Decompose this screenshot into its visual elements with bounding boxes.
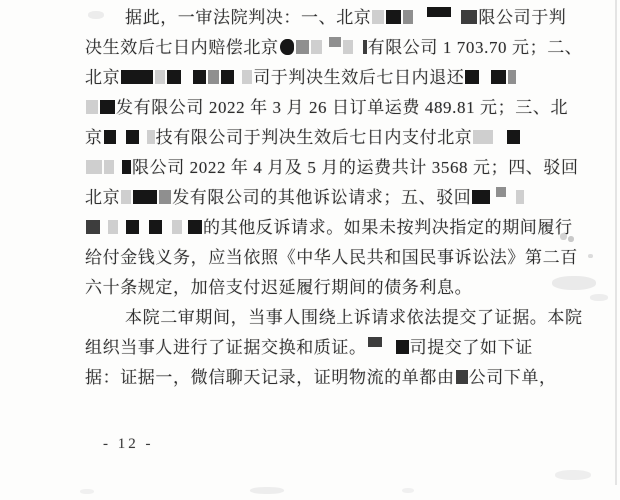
redaction-block bbox=[159, 190, 171, 204]
redaction bbox=[464, 63, 517, 93]
text-segment: 技有限公司于判决生效后七日内支付北京 bbox=[156, 128, 473, 147]
redaction-block bbox=[126, 220, 139, 234]
document-line: 限公司 2022 年 4 月及 5 月的运费共计 3568 元；四、驳回 bbox=[85, 153, 610, 183]
text-segment: 限公司 2022 年 4 月及 5 月的运费共计 3568 元；四、驳回 bbox=[132, 158, 579, 177]
document-line: 六十条规定，加倍支付迟延履行期间的债务利息。 bbox=[85, 273, 610, 303]
redaction-gap bbox=[495, 140, 505, 144]
scan-artifact bbox=[590, 294, 608, 301]
redaction-block bbox=[396, 340, 409, 354]
redaction-block bbox=[496, 187, 506, 197]
redaction bbox=[120, 63, 253, 93]
redaction bbox=[455, 363, 469, 393]
redaction-block bbox=[193, 70, 206, 84]
text-segment: 司提交了如下证 bbox=[410, 338, 533, 357]
text-segment: 据：证据一，微信聊天记录，证明物流的单都由 bbox=[85, 368, 455, 387]
document-line: 北京发有限公司的其他诉讼请求；五、驳回 bbox=[85, 183, 610, 213]
redaction-gap bbox=[183, 80, 191, 84]
redaction-block bbox=[86, 220, 100, 234]
text-segment: 限公司于判 bbox=[478, 8, 566, 27]
redaction bbox=[471, 183, 525, 213]
text-segment: 的其他反诉请求。如果未按判决指定的期间履行 bbox=[203, 218, 573, 237]
redaction-block bbox=[121, 190, 131, 204]
redaction bbox=[371, 3, 478, 33]
redaction-gap bbox=[415, 20, 425, 24]
redaction-block bbox=[155, 70, 165, 84]
redaction-gap bbox=[141, 230, 147, 234]
redaction-gap bbox=[120, 230, 124, 234]
redaction-block bbox=[147, 130, 155, 144]
redaction-block bbox=[329, 37, 341, 47]
redaction-gap bbox=[508, 200, 514, 204]
redaction-gap bbox=[453, 20, 459, 24]
redaction-block bbox=[472, 190, 490, 204]
redaction-block bbox=[280, 39, 294, 55]
text-segment: 组织当事人进行了证据交换和质证。 bbox=[85, 338, 367, 357]
redaction-block bbox=[121, 70, 153, 84]
scan-artifact bbox=[402, 488, 414, 493]
document-line: 据此，一审法院判决：一、北京限公司于判 bbox=[85, 3, 610, 33]
scan-artifact bbox=[568, 236, 574, 242]
document-line: 据：证据一，微信聊天记录，证明物流的单都由公司下单， bbox=[85, 363, 610, 393]
redaction-gap bbox=[384, 350, 394, 354]
redaction-block bbox=[368, 337, 382, 347]
redaction bbox=[472, 123, 521, 153]
redaction-block bbox=[403, 10, 413, 24]
text-segment: 北京 bbox=[85, 188, 120, 207]
redaction-block bbox=[461, 10, 477, 24]
redaction-block bbox=[473, 130, 493, 144]
redaction-block bbox=[126, 130, 139, 144]
redaction-block bbox=[343, 40, 353, 54]
redaction bbox=[120, 183, 172, 213]
redaction-block bbox=[208, 70, 219, 84]
redaction bbox=[279, 33, 368, 63]
redaction-gap bbox=[102, 230, 106, 234]
redaction-block bbox=[363, 40, 367, 54]
document-line: 发有限公司 2022 年 3 月 26 日订单运费 489.81 元；三、北 bbox=[85, 93, 610, 123]
scan-artifact bbox=[552, 276, 596, 290]
text-segment: 据此，一审法院判决：一、北京 bbox=[125, 8, 371, 27]
text-segment: 北京 bbox=[85, 68, 120, 87]
text-segment: 本院二审期间，当事人围绕上诉请求依法提交了证据。本院 bbox=[125, 308, 583, 327]
redaction-gap bbox=[481, 80, 489, 84]
redaction-block bbox=[104, 130, 116, 144]
redaction-block bbox=[508, 70, 516, 84]
redaction-block bbox=[133, 190, 157, 204]
redaction-block bbox=[86, 100, 98, 114]
redaction-gap bbox=[118, 140, 124, 144]
scan-artifact bbox=[80, 489, 94, 494]
redaction-block bbox=[372, 10, 384, 24]
redaction-gap bbox=[184, 230, 186, 234]
text-segment: 发有限公司的其他诉讼请求；五、驳回 bbox=[172, 188, 471, 207]
redaction-block bbox=[221, 70, 234, 84]
document-line: 京技有限公司于判决生效后七日内支付北京 bbox=[85, 123, 610, 153]
document-line: 本院二审期间，当事人围绕上诉请求依法提交了证据。本院 bbox=[85, 303, 610, 333]
redaction-block bbox=[122, 160, 131, 174]
redaction-block bbox=[386, 10, 401, 24]
document-lines: 据此，一审法院判决：一、北京限公司于判决生效后七日内赔偿北京有限公司 1 703… bbox=[85, 3, 610, 393]
text-segment: 给付金钱义务，应当依照《中华人民共和国民事诉讼法》第二百 bbox=[85, 248, 578, 267]
scan-edge-line bbox=[615, 0, 617, 485]
redaction bbox=[103, 123, 156, 153]
redaction-gap bbox=[492, 200, 494, 204]
redaction-gap bbox=[355, 50, 361, 54]
redaction-gap bbox=[324, 50, 327, 54]
document-line: 北京司于判决生效后七日内退还 bbox=[85, 63, 610, 93]
scan-artifact bbox=[555, 470, 591, 480]
redaction-block bbox=[188, 220, 202, 234]
scanned-document-page: 据此，一审法院判决：一、北京限公司于判决生效后七日内赔偿北京有限公司 1 703… bbox=[0, 0, 620, 500]
redaction-gap bbox=[164, 230, 170, 234]
redaction-block bbox=[296, 40, 309, 54]
redaction-block bbox=[311, 40, 322, 54]
document-line: 给付金钱义务，应当依照《中华人民共和国民事诉讼法》第二百 bbox=[85, 243, 610, 273]
redaction-gap bbox=[116, 170, 120, 174]
text-segment: 决生效后七日内赔偿北京 bbox=[85, 38, 279, 57]
redaction bbox=[85, 213, 203, 243]
redaction-block bbox=[491, 70, 506, 84]
page-number: - 12 - bbox=[103, 436, 154, 453]
redaction-gap bbox=[236, 80, 240, 84]
redaction-block bbox=[507, 130, 520, 144]
redaction-block bbox=[456, 370, 468, 384]
scan-artifact bbox=[560, 233, 567, 240]
redaction-block bbox=[516, 190, 524, 204]
scan-artifact bbox=[88, 11, 104, 19]
redaction-block bbox=[172, 220, 182, 234]
scan-artifact bbox=[588, 254, 593, 258]
redaction-block bbox=[86, 160, 102, 174]
redaction-block bbox=[104, 160, 114, 174]
redaction bbox=[85, 93, 116, 123]
document-line: 决生效后七日内赔偿北京有限公司 1 703.70 元；二、 bbox=[85, 33, 610, 63]
text-segment: 司于判决生效后七日内退还 bbox=[253, 68, 464, 87]
redaction-block bbox=[465, 70, 479, 84]
text-segment: 公司下单， bbox=[469, 368, 557, 387]
redaction-block bbox=[108, 220, 118, 234]
redaction-block bbox=[167, 70, 181, 84]
redaction bbox=[85, 153, 132, 183]
redaction bbox=[367, 333, 410, 363]
redaction-block bbox=[149, 220, 162, 234]
text-segment: 发有限公司 2022 年 3 月 26 日订单运费 489.81 元；三、北 bbox=[116, 98, 568, 117]
document-line: 的其他反诉请求。如果未按判决指定的期间履行 bbox=[85, 213, 610, 243]
text-segment: 有限公司 1 703.70 元；二、 bbox=[368, 38, 583, 57]
document-line: 组织当事人进行了证据交换和质证。司提交了如下证 bbox=[85, 333, 610, 363]
redaction-block bbox=[100, 100, 115, 114]
scan-artifact bbox=[250, 487, 284, 494]
redaction-block bbox=[427, 7, 451, 17]
redaction-block bbox=[242, 70, 252, 84]
text-segment: 六十条规定，加倍支付迟延履行期间的债务利息。 bbox=[85, 278, 472, 297]
redaction-gap bbox=[141, 140, 145, 144]
text-segment: 京 bbox=[85, 128, 103, 147]
